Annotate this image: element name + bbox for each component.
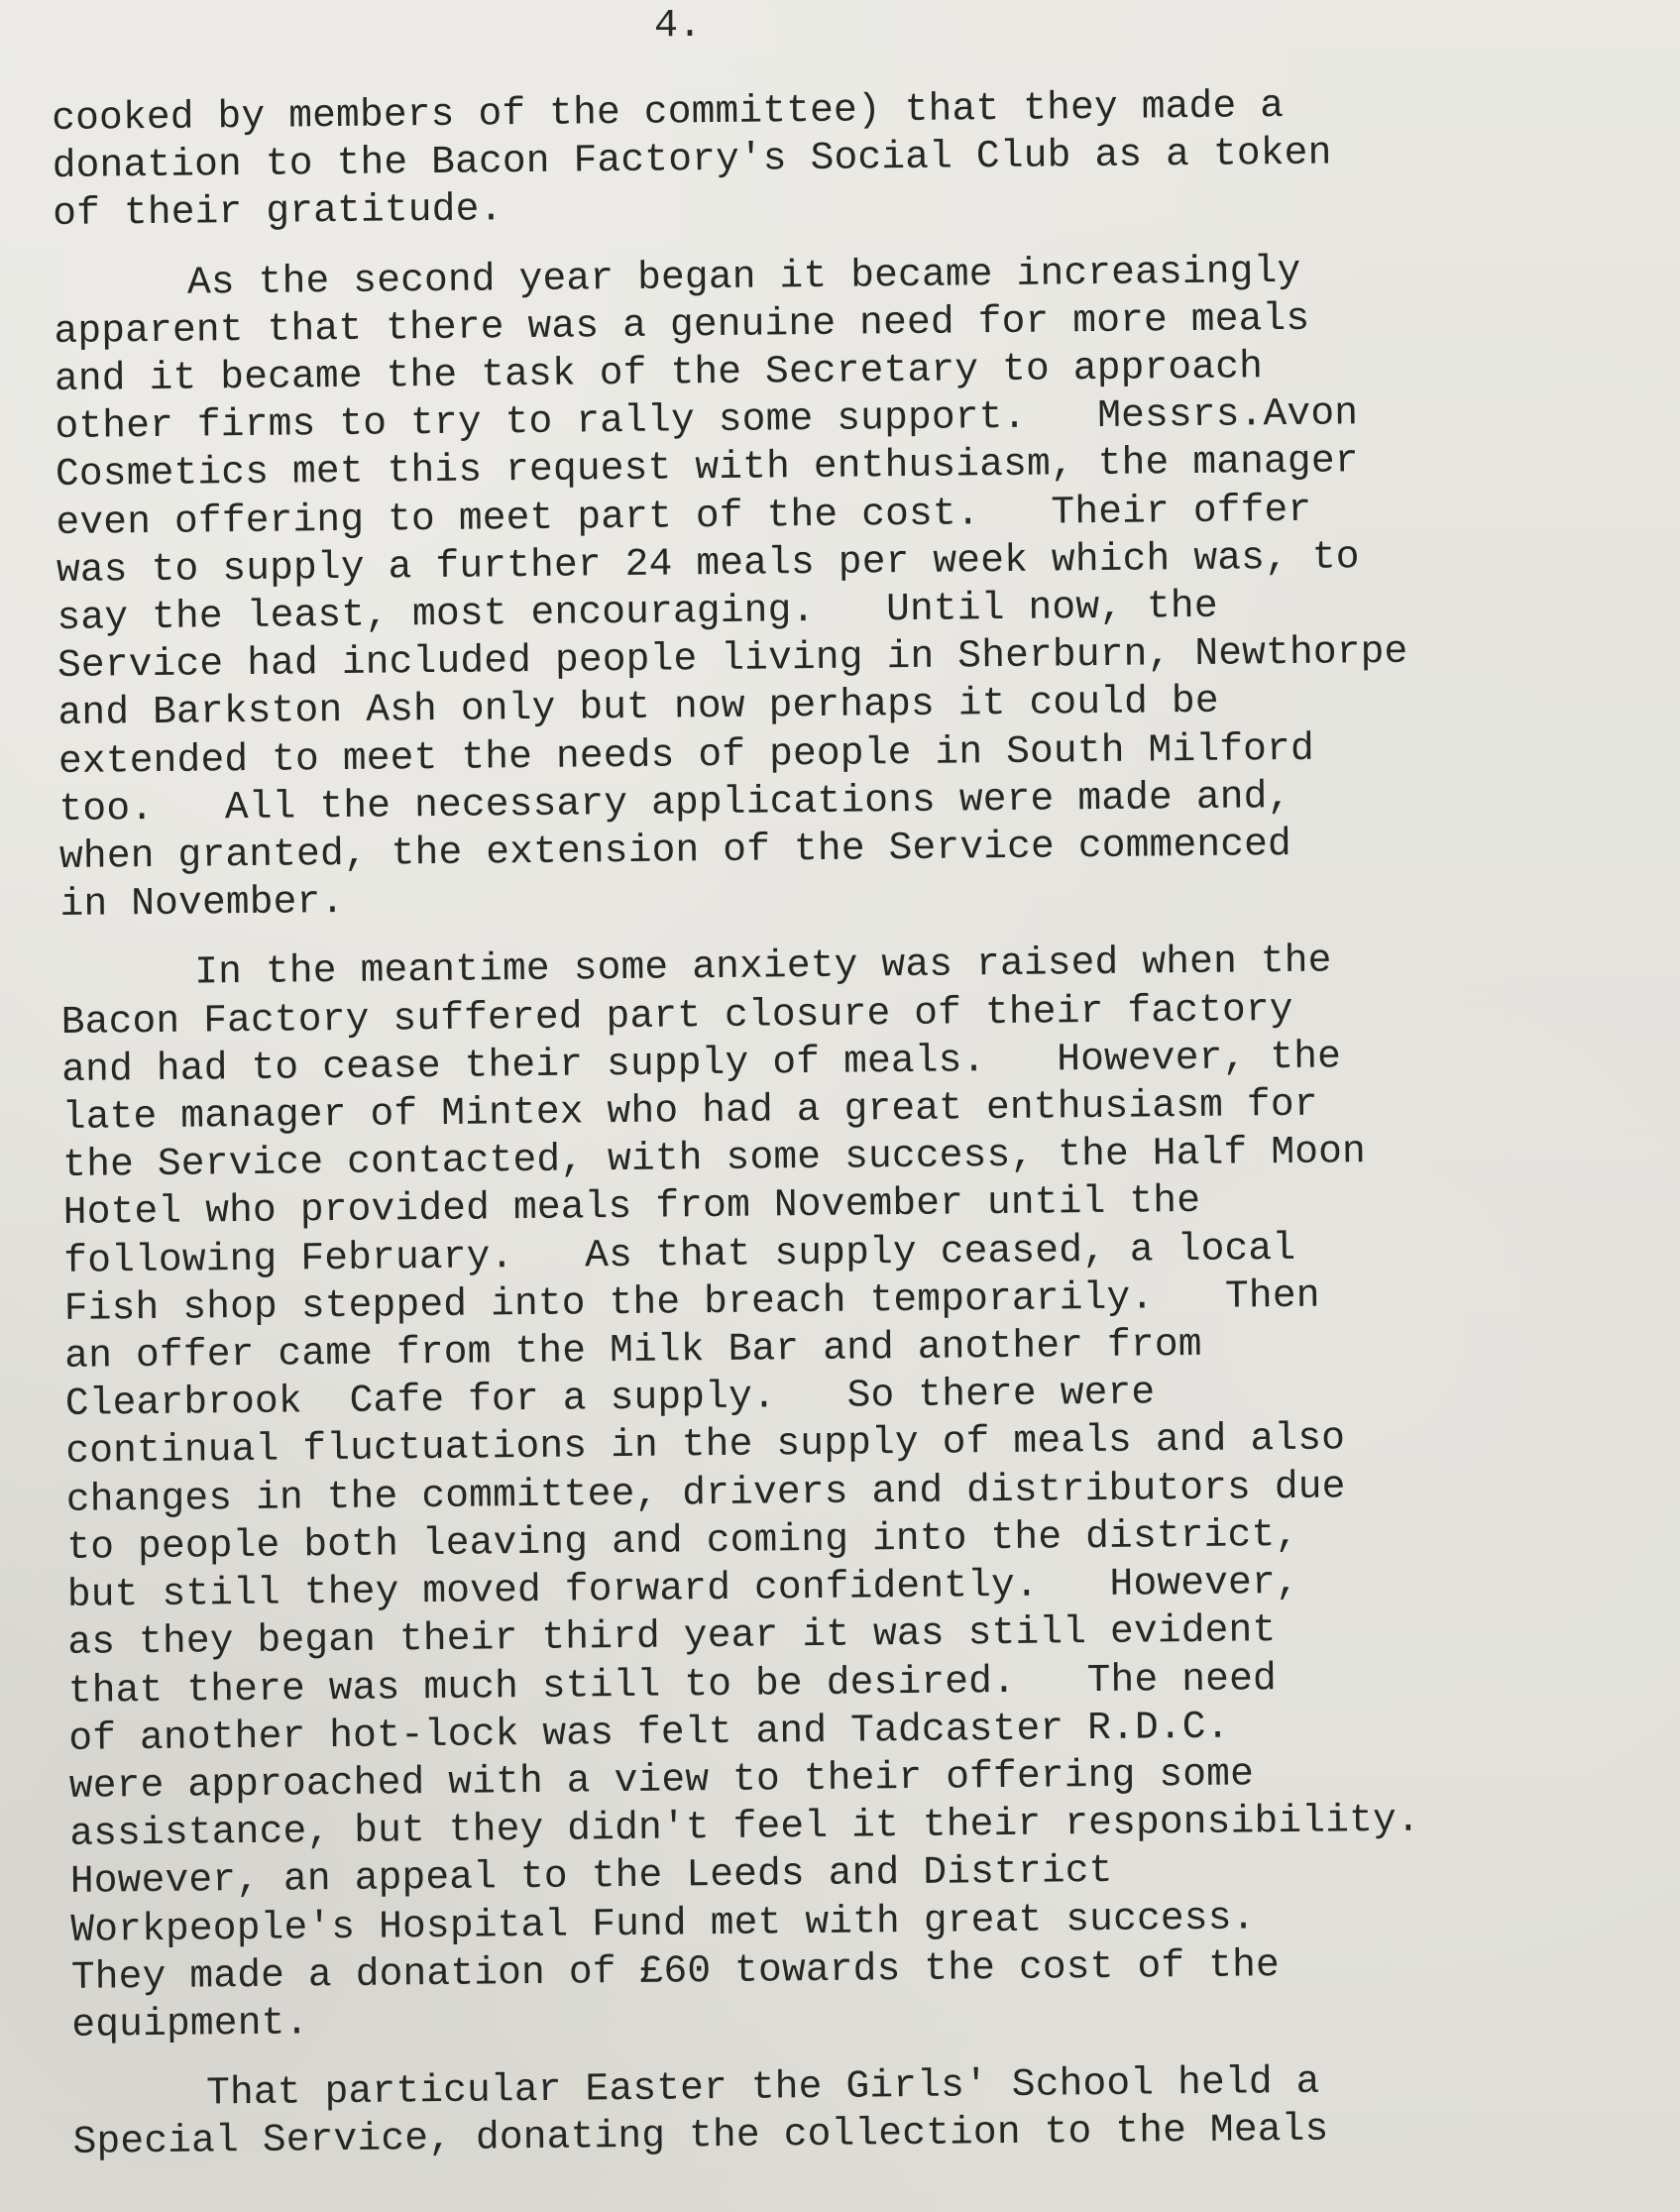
document-page: 4. cooked by members of the committee) t… [0, 0, 1680, 2212]
paragraph: As the second year began it became incre… [54, 244, 1646, 930]
paragraph: cooked by members of the committee) that… [52, 78, 1638, 238]
paragraph: That particular Easter the Girls' School… [72, 2054, 1659, 2166]
page-number: 4. [654, 4, 702, 49]
paragraph: In the meantime some anxiety was raised … [60, 935, 1658, 2049]
document-body: cooked by members of the committee) that… [52, 78, 1659, 2166]
